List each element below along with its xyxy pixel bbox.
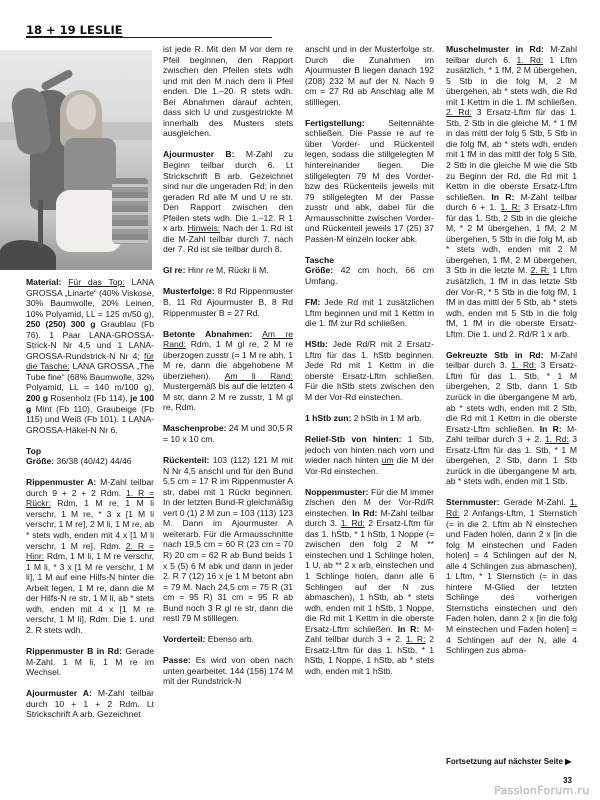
size-label: Größe: [26, 456, 54, 466]
column-4: Muschelmuster in Rd: M-Zahl teilbar durc… [446, 44, 577, 666]
gekreuzte-stb-section: Gekreuzte Stb in Rd: M-Zahl teilbar durc… [446, 350, 577, 487]
instruction-text: Mustergemäß bis auf die letzten 4 M str,… [163, 381, 293, 412]
hstb-zun-section: 1 hStb zun: 2 hStb in 1 M arb. [305, 413, 434, 424]
ajourmuster-a-section: Ajourmuster A: M-Zahl teilbar durch 10 +… [26, 688, 154, 720]
vorderteil-section: Vorderteil: Ebenso arb. [163, 634, 293, 645]
model-photo [0, 50, 152, 270]
instruction-text: Hinr re M, Rückr li M. [185, 265, 268, 275]
size-section: Größe: 36/38 (40/42) 44/46 [26, 456, 154, 467]
photo-woman-face [66, 94, 96, 130]
material-text: Rosenholz (Fb 114), [48, 393, 130, 403]
instruction-text: Ebenso arb. [205, 634, 254, 644]
photo-donkey-ear [40, 68, 74, 91]
ajourmuster-b-section: Ajourmuster B: M-Zahl zu Beginn teilbar … [163, 149, 293, 254]
instruction-text: 103 (112) 121 M mit N Nr 4,5 anschl und … [163, 455, 293, 623]
column-3: anschl und in der Musterfolge str. Durch… [305, 44, 434, 687]
instruction-text: 3 Ersatz-Lftm für das 1. Stb, 2 Stb in d… [446, 202, 577, 275]
in-rows-label: In R: [540, 424, 562, 434]
relief-stb-section: Relief-Stb von hinten: 1 Stb, jedoch von… [305, 434, 434, 476]
noppenmuster-section: Noppenmuster: Für die M immer zischen de… [305, 487, 434, 677]
instruction-text: Jede Rd mit 1 zusätzlichen Lftm beginnen… [305, 297, 434, 328]
sternmuster-label: Sternmuster: [446, 497, 499, 507]
title-rule [26, 37, 272, 38]
hstb-section: HStb: Jede Rd/R mit 2 Ersatz-Lftm für da… [305, 339, 434, 402]
rippenmuster-b-label: Rippenmuster B in Rd: [26, 646, 122, 656]
instruction-text: 2 Ersatz-Lftm für das 1. hStb, * 1 hStb,… [305, 518, 434, 633]
betonte-abnahmen-section: Betonte Abnahmen: Am re Rand: Rdm, 1 M g… [163, 329, 293, 413]
row-label: 1. Rd: [517, 55, 544, 65]
ajourmuster-b-label: Ajourmuster B: [163, 149, 235, 159]
material-text: Mint (Fb 110), Graubeige (Fb 115) und We… [26, 404, 154, 435]
instruction-text: Gerade M-Zahl. [499, 497, 569, 507]
muschelmuster-label: Muschelmuster in Rd: [446, 44, 544, 54]
size-value: 36/38 (40/42) 44/46 [54, 456, 131, 466]
sternmuster-section: Sternmuster: Gerade M-Zahl. 1. Rd: 2 Anf… [446, 497, 577, 655]
ajourmuster-a-continued: ist jede R. Mit den M vor dem re Pfeil b… [163, 44, 293, 139]
passe-label: Passe: [163, 655, 191, 665]
rippenmuster-a-section: Rippenmuster A: M-Zahl teilbar durch 9 +… [26, 477, 154, 635]
glatt-rechts-label: Gl re: [163, 265, 185, 275]
noppenmuster-label: Noppenmuster: [305, 487, 369, 497]
column-1: Material: Für das Top: LANA GROSSA „Lina… [26, 277, 154, 730]
material-section: Material: Für das Top: LANA GROSSA „Lina… [26, 277, 154, 435]
size-label: Größe: [305, 265, 333, 275]
in-rows-label: In R: [491, 192, 514, 202]
instruction-text: Seitennähte schließen. Die Passe re auf … [305, 118, 434, 244]
relief-stb-label: Relief-Stb von hinten: [305, 434, 401, 444]
row-label: 1. Rd: [511, 360, 536, 370]
maschenprobe-section: Maschenprobe: 24 M und 30,5 R = 10 x 10 … [163, 423, 293, 444]
rueckenteil-section: Rückenteil: 103 (112) 121 M mit N Nr 4,5… [163, 455, 293, 624]
row-label: 1. R: [501, 202, 521, 212]
instruction-text: 3 Ersatz-Lftm für das 1. Stb, 2 Stb in d… [446, 107, 577, 201]
instruction-text: 2 hStb in 1 M arb. [351, 413, 421, 423]
musterfolge-section: Musterfolge: 8 Rd Rippenmuster B, 11 Rd … [163, 286, 293, 318]
instruction-text: 1 Lftm zusätzlich, 1 fM in das letzte St… [446, 265, 577, 338]
maschenprobe-label: Maschenprobe: [163, 423, 227, 433]
rippenmuster-a-label: Rippenmuster A: [26, 477, 96, 487]
material-label: Material: [26, 277, 61, 287]
hstb-zun-label: 1 hStb zun: [305, 413, 351, 423]
tasche-heading: Tasche [305, 255, 434, 266]
continued-next-page-link[interactable]: Fortsetzung auf nächster Seite ▶ [446, 757, 571, 766]
row-label: 1. Rd: [341, 518, 365, 528]
passe-continued: anschl und in der Musterfolge str. Durch… [305, 44, 434, 107]
fm-section: FM: Jede Rd mit 1 zusätzlichen Lftm begi… [305, 297, 434, 329]
instruction-text: M-Zahl zu Beginn teilbar durch 6. Lt Str… [163, 149, 293, 233]
instruction-text: Rdm, 1 M li, 1 M re verschr, 1 M li, * 3… [26, 551, 154, 635]
row-label: 1. R: [406, 634, 426, 644]
fertigstellung-label: Fertigstellung: [305, 118, 365, 128]
betonte-abnahmen-label: Betonte Abnahmen: [163, 329, 252, 339]
emphasis-text: um [382, 455, 394, 465]
rippenmuster-b-section: Rippenmuster B in Rd: Gerade M-Zahl. 1 M… [26, 646, 154, 678]
fertigstellung-section: Fertigstellung: Seitennähte schließen. D… [305, 118, 434, 245]
left-edge-label: Am li Rand: [225, 371, 293, 381]
hstb-label: HStb: [305, 339, 328, 349]
musterfolge-label: Musterfolge: [163, 286, 215, 296]
hint-label: Hinweis: [188, 223, 220, 233]
passe-section: Passe: Es wird von oben nach unten gearb… [163, 655, 293, 687]
in-rows-label: In R: [398, 624, 420, 634]
tasche-size-section: Größe: 42 cm hoch, 66 cm Umfang. [305, 265, 434, 286]
material-amount: 200 g [26, 393, 48, 403]
page-title: 18 + 19 LESLIE [26, 23, 123, 37]
glatt-rechts-section: Gl re: Hinr re M, Rückr li M. [163, 265, 293, 276]
material-amount: 250 (250) 300 g [26, 319, 95, 329]
in-rounds-label: In Rd: [352, 508, 377, 518]
instruction-text: 2 Anfangs-Lftm, 1 Sternstich (= in die 2… [446, 508, 577, 655]
vorderteil-label: Vorderteil: [163, 634, 205, 644]
top-heading: Top [26, 446, 154, 457]
material-top-label: Für das Top: [68, 277, 125, 287]
fm-label: FM: [305, 297, 320, 307]
gekreuzte-stb-label: Gekreuzte Stb in Rd: [446, 350, 544, 360]
column-2: ist jede R. Mit den M vor dem re Pfeil b… [163, 44, 293, 697]
ajourmuster-a-label: Ajourmuster A: [26, 688, 92, 698]
row-label: 2. Rd: [446, 107, 472, 117]
instruction-text: 3 Ersatz-Lftm für das 1. Stb, * 1 M über… [446, 360, 577, 433]
watermark: PassionForum.ru [494, 784, 589, 797]
rueckenteil-label: Rückenteil: [163, 455, 209, 465]
row-label: 1. Rd: [545, 434, 569, 444]
photo-knitted-top [64, 138, 116, 194]
row-label: 2. R: [530, 265, 549, 275]
muschelmuster-section: Muschelmuster in Rd: M-Zahl teilbar durc… [446, 44, 577, 339]
photo-crochet-bag [112, 178, 148, 244]
